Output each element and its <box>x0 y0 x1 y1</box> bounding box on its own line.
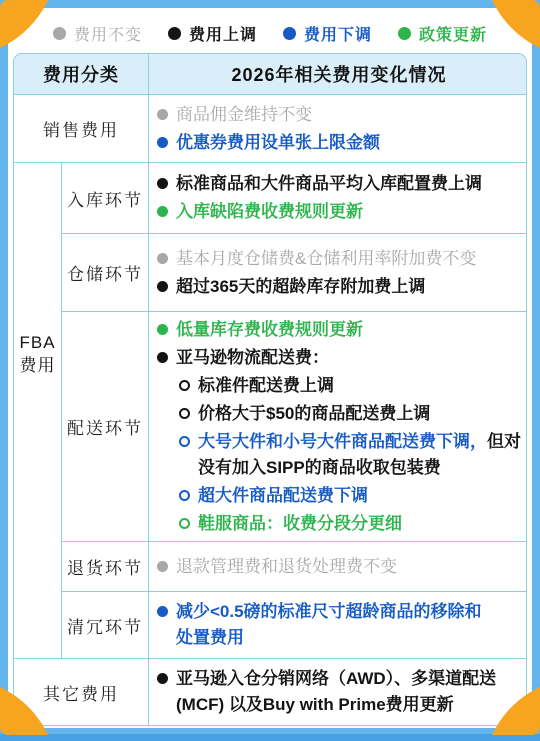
legend-label: 政策更新 <box>419 22 487 45</box>
fee-item-segment: 亚马逊入仓分销网络（AWD）、多渠道配送 <box>176 669 496 688</box>
dot-bullet-icon <box>157 673 168 684</box>
fee-item: 鞋服商品：收费分段分更细 <box>179 511 521 537</box>
bullet <box>179 429 198 447</box>
stage-label: 配送环节 <box>61 311 148 541</box>
corner-ribbon-icon <box>0 0 50 50</box>
legend-item-unchanged: 费用不变 <box>53 22 142 45</box>
fee-item-segment: 亚马逊物流配送费： <box>176 348 329 367</box>
fee-item-text: 价格大于$50的商品配送费上调 <box>198 401 521 427</box>
fee-item: 标准件配送费上调 <box>179 373 521 399</box>
dot-bullet-icon <box>157 109 168 120</box>
dot-bullet-icon <box>157 352 168 363</box>
fee-item-line: 低量库存费收费规则更新 <box>176 320 363 339</box>
fee-item-segment: 超大件商品配送费下调 <box>198 486 368 505</box>
fee-table: 费用分类 2026年相关费用变化情况 销售费用商品佣金维持不变优惠券费用设单张上… <box>13 53 527 726</box>
legend-item-down: 费用下调 <box>283 22 372 45</box>
legend-label: 费用下调 <box>304 22 372 45</box>
fee-changes-cell: 低量库存费收费规则更新亚马逊物流配送费：标准件配送费上调价格大于$50的商品配送… <box>148 311 527 541</box>
fee-changes-cell: 亚马逊入仓分销网络（AWD）、多渠道配送(MCF) 以及Buy with Pri… <box>148 658 527 725</box>
fee-item: 退款管理费和退货处理费不变 <box>157 554 521 580</box>
corner-ribbon-icon <box>0 685 50 735</box>
fee-item-line: 价格大于$50的商品配送费上调 <box>198 404 430 423</box>
fee-changes-cell: 商品佣金维持不变优惠券费用设单张上限金额 <box>148 94 527 162</box>
dot-bullet-icon <box>157 561 168 572</box>
group-label-line: 费用 <box>20 354 56 377</box>
row-label: 销售费用 <box>14 94 148 162</box>
fee-infographic: { "colors": { "page_background": "#64b5e… <box>0 0 540 741</box>
fee-item-line: 鞋服商品：收费分段分更细 <box>198 514 402 533</box>
legend-dot-icon <box>283 27 296 40</box>
ring-bullet-icon <box>179 436 190 447</box>
fee-item: 入库缺陷费收费规则更新 <box>157 199 521 225</box>
fee-item-segment: 低量库存费收费规则更新 <box>176 320 363 339</box>
legend-item-update: 政策更新 <box>398 22 487 45</box>
fee-item: 大号大件和小号大件商品配送费下调，但对没有加入SIPP的商品收取包装费 <box>179 429 521 481</box>
fee-item-line: 标准件配送费上调 <box>198 376 334 395</box>
fee-item-segment: 鞋服商品：收费分段分更细 <box>198 514 402 533</box>
fee-item-line: 亚马逊物流配送费： <box>176 348 329 367</box>
fee-item-line: 标准商品和大件商品平均入库配置费上调 <box>176 174 482 193</box>
fee-item: 标准商品和大件商品平均入库配置费上调 <box>157 171 521 197</box>
bullet <box>179 373 198 391</box>
fee-item-line: 超过365天的超龄库存附加费上调 <box>176 277 425 296</box>
fee-item: 价格大于$50的商品配送费上调 <box>179 401 521 427</box>
ring-bullet-icon <box>179 518 190 529</box>
bullet <box>157 599 176 617</box>
fee-item-segment: 退款管理费和退货处理费不变 <box>176 557 397 576</box>
fee-item-line: 基本月度仓储费&仓储利用率附加费不变 <box>176 249 476 268</box>
bullet <box>157 274 176 292</box>
fee-item-segment: 大号大件和小号大件商品配送费下调， <box>198 432 487 451</box>
fee-changes-cell: 退款管理费和退货处理费不变 <box>148 541 527 591</box>
fee-item-text: 鞋服商品：收费分段分更细 <box>198 511 521 537</box>
fee-item-segment: 标准商品和大件商品平均入库配置费上调 <box>176 174 482 193</box>
fee-item-text: 商品佣金维持不变 <box>176 102 521 128</box>
bullet <box>157 130 176 148</box>
fee-item-line: 亚马逊入仓分销网络（AWD）、多渠道配送 <box>176 669 496 688</box>
fee-item-text: 超大件商品配送费下调 <box>198 483 521 509</box>
fee-item: 超大件商品配送费下调 <box>179 483 521 509</box>
fee-item-line: (MCF) 以及Buy with Prime费用更新 <box>176 695 454 714</box>
bullet <box>157 246 176 264</box>
stage-label: 退货环节 <box>61 541 148 591</box>
fee-item-text: 优惠券费用设单张上限金额 <box>176 130 521 156</box>
fee-item: 基本月度仓储费&仓储利用率附加费不变 <box>157 246 521 272</box>
bullet <box>157 171 176 189</box>
fee-item-text: 标准件配送费上调 <box>198 373 521 399</box>
fee-item-line: 入库缺陷费收费规则更新 <box>176 202 363 221</box>
fee-item-segment: 减少<0.5磅的标准尺寸超龄商品的移除和 <box>176 602 482 621</box>
fee-item-text: 退款管理费和退货处理费不变 <box>176 554 521 580</box>
fee-item-segment: 超过365天的超龄库存附加费上调 <box>176 277 425 296</box>
ring-bullet-icon <box>179 490 190 501</box>
bullet <box>157 317 176 335</box>
legend-dot-icon <box>53 27 66 40</box>
bullet <box>157 554 176 572</box>
bullet <box>157 666 176 684</box>
fee-item-text: 基本月度仓储费&仓储利用率附加费不变 <box>176 246 521 272</box>
fee-item-segment: 处置费用 <box>176 628 244 647</box>
legend: 费用不变费用上调费用下调政策更新 <box>8 17 532 49</box>
group-label-line: FBA <box>19 331 55 354</box>
stage-label: 入库环节 <box>61 162 148 233</box>
fee-item-segment: 价格大于$50的商品配送费上调 <box>198 404 430 423</box>
fee-item-segment: 入库缺陷费收费规则更新 <box>176 202 363 221</box>
corner-ribbon-icon <box>490 685 540 735</box>
dot-bullet-icon <box>157 206 168 217</box>
ring-bullet-icon <box>179 408 190 419</box>
fee-item-text: 减少<0.5磅的标准尺寸超龄商品的移除和处置费用 <box>176 599 521 651</box>
fee-item-text: 亚马逊物流配送费： <box>176 345 521 371</box>
fee-item-segment: 基本月度仓储费&仓储利用率附加费不变 <box>176 249 476 268</box>
fee-item-segment: 商品佣金维持不变 <box>176 105 312 124</box>
fee-item-text: 标准商品和大件商品平均入库配置费上调 <box>176 171 521 197</box>
legend-dot-icon <box>398 27 411 40</box>
fee-changes-cell: 标准商品和大件商品平均入库配置费上调入库缺陷费收费规则更新 <box>148 162 527 233</box>
header-changes: 2026年相关费用变化情况 <box>148 54 527 94</box>
fee-changes-cell: 基本月度仓储费&仓储利用率附加费不变超过365天的超龄库存附加费上调 <box>148 233 527 311</box>
fee-item: 减少<0.5磅的标准尺寸超龄商品的移除和处置费用 <box>157 599 521 651</box>
bullet <box>157 345 176 363</box>
bullet <box>179 401 198 419</box>
dot-bullet-icon <box>157 137 168 148</box>
fee-item: 亚马逊入仓分销网络（AWD）、多渠道配送(MCF) 以及Buy with Pri… <box>157 666 521 718</box>
fee-item-text: 入库缺陷费收费规则更新 <box>176 199 521 225</box>
fee-changes-cell: 减少<0.5磅的标准尺寸超龄商品的移除和处置费用 <box>148 591 527 658</box>
bottom-accent-bar <box>0 734 540 741</box>
fee-item-line: 退款管理费和退货处理费不变 <box>176 557 397 576</box>
fee-item-line: 没有加入SIPP的商品收取包装费 <box>198 458 441 477</box>
bullet <box>157 199 176 217</box>
dot-bullet-icon <box>157 606 168 617</box>
fee-item: 超过365天的超龄库存附加费上调 <box>157 274 521 300</box>
fee-item-segment: 没有加入SIPP的商品收取包装费 <box>198 458 441 477</box>
fee-item-segment: 但对 <box>487 432 521 451</box>
card: 费用不变费用上调费用下调政策更新 费用分类 2026年相关费用变化情况 销售费用… <box>8 8 532 728</box>
ring-bullet-icon <box>179 380 190 391</box>
bullet <box>179 483 198 501</box>
dot-bullet-icon <box>157 281 168 292</box>
stage-label: 仓储环节 <box>61 233 148 311</box>
fee-item: 亚马逊物流配送费： <box>157 345 521 371</box>
dot-bullet-icon <box>157 178 168 189</box>
fee-item-line: 商品佣金维持不变 <box>176 105 312 124</box>
fee-item-text: 低量库存费收费规则更新 <box>176 317 521 343</box>
bullet <box>157 102 176 120</box>
fee-item-line: 优惠券费用设单张上限金额 <box>176 133 380 152</box>
fee-item-line: 处置费用 <box>176 628 244 647</box>
fee-item: 低量库存费收费规则更新 <box>157 317 521 343</box>
stage-label: 清冗环节 <box>61 591 148 658</box>
corner-ribbon-icon <box>490 0 540 50</box>
legend-label: 费用上调 <box>189 22 257 45</box>
legend-label: 费用不变 <box>74 22 142 45</box>
fee-item-segment: (MCF) 以及Buy with Prime费用更新 <box>176 695 454 714</box>
fee-item-segment: 标准件配送费上调 <box>198 376 334 395</box>
fee-item-line: 减少<0.5磅的标准尺寸超龄商品的移除和 <box>176 602 482 621</box>
bullet <box>179 511 198 529</box>
legend-item-up: 费用上调 <box>168 22 257 45</box>
fee-item: 商品佣金维持不变 <box>157 102 521 128</box>
header-category: 费用分类 <box>14 54 148 94</box>
fee-item: 优惠券费用设单张上限金额 <box>157 130 521 156</box>
fee-item-segment: 优惠券费用设单张上限金额 <box>176 133 380 152</box>
fee-item-text: 亚马逊入仓分销网络（AWD）、多渠道配送(MCF) 以及Buy with Pri… <box>176 666 521 718</box>
legend-dot-icon <box>168 27 181 40</box>
dot-bullet-icon <box>157 324 168 335</box>
fee-item-line: 超大件商品配送费下调 <box>198 486 368 505</box>
dot-bullet-icon <box>157 253 168 264</box>
group-label-fba: FBA费用 <box>14 162 61 658</box>
fee-item-text: 大号大件和小号大件商品配送费下调，但对没有加入SIPP的商品收取包装费 <box>198 429 521 481</box>
fee-item-text: 超过365天的超龄库存附加费上调 <box>176 274 521 300</box>
fee-item-line: 大号大件和小号大件商品配送费下调，但对 <box>198 432 521 451</box>
